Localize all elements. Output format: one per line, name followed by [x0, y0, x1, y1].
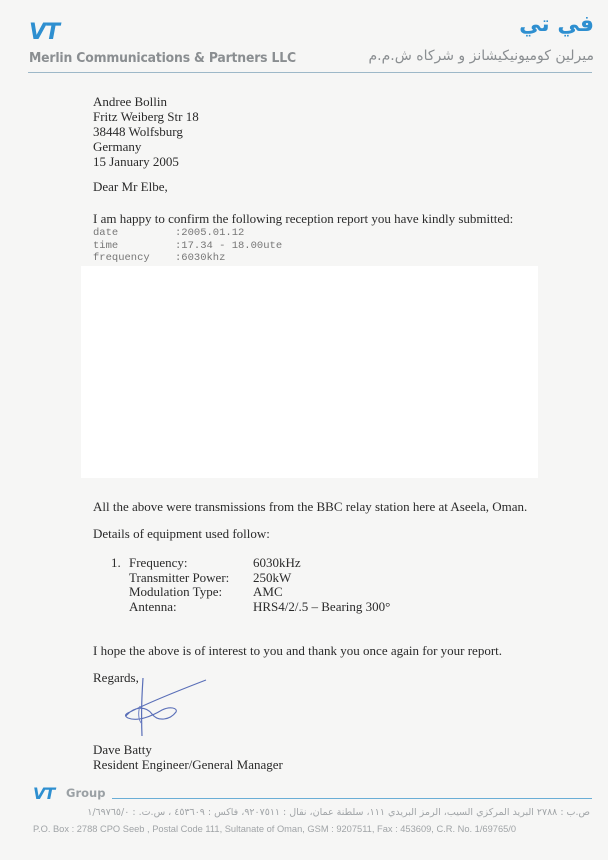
equipment-label: Antenna: — [129, 600, 253, 615]
report-row: frequency :6030khz — [93, 252, 282, 265]
signer-title: Resident Engineer/General Manager — [93, 757, 283, 772]
report-value: :6030khz — [175, 252, 225, 265]
equipment-value: 250kW — [253, 571, 291, 586]
footer-address-arabic: ص.ب : ٢٧٨٨ البريد المركزي السيب، الرمز ا… — [87, 807, 590, 818]
report-value: :2005.01.12 — [175, 227, 244, 240]
equipment-row: Antenna: HRS4/2/.5 – Bearing 300° — [111, 600, 390, 615]
footer-address-english: P.O. Box : 2788 CPO Seeb , Postal Code 1… — [33, 824, 516, 834]
report-row: date :2005.01.12 — [93, 227, 282, 240]
letter-date: 15 January 2005 — [93, 154, 199, 169]
details-intro: Details of equipment used follow: — [93, 526, 270, 541]
header-divider — [28, 72, 592, 73]
equipment-value: AMC — [253, 585, 283, 600]
report-key: frequency — [93, 252, 175, 265]
company-name-english: Merlin Communications & Partners LLC — [29, 50, 296, 66]
footer-group-label: Group — [66, 788, 105, 800]
report-key: time — [93, 240, 175, 253]
equipment-label: Frequency: — [129, 556, 253, 571]
vt-logo-arabic: في تي — [519, 14, 594, 36]
equipment-label: Modulation Type: — [129, 585, 253, 600]
footer-vt-logo: VT — [33, 786, 54, 802]
report-value: :17.34 - 18.00ute — [175, 240, 282, 253]
redacted-area — [81, 266, 538, 478]
footer-divider — [112, 798, 592, 799]
report-key: date — [93, 227, 175, 240]
recipient-address: Andree Bollin Fritz Weiberg Str 18 38448… — [93, 94, 199, 169]
vt-logo: VT — [29, 22, 59, 44]
address-line: Andree Bollin — [93, 94, 199, 109]
equipment-row: Modulation Type: AMC — [111, 585, 390, 600]
closing-paragraph: I hope the above is of interest to you a… — [93, 643, 502, 658]
equipment-list: 1. Frequency: 6030kHz Transmitter Power:… — [111, 556, 390, 614]
equipment-row: 1. Frequency: 6030kHz — [111, 556, 390, 571]
intro-paragraph: I am happy to confirm the following rece… — [93, 211, 513, 226]
signer-name: Dave Batty — [93, 742, 152, 757]
reception-report: date :2005.01.12 time :17.34 - 18.00ute … — [93, 227, 282, 265]
report-row: time :17.34 - 18.00ute — [93, 240, 282, 253]
list-number: 1. — [111, 556, 129, 571]
relay-statement: All the above were transmissions from th… — [93, 499, 527, 514]
equipment-value: HRS4/2/.5 – Bearing 300° — [253, 600, 390, 615]
signature-icon — [120, 676, 210, 738]
equipment-value: 6030kHz — [253, 556, 301, 571]
address-line: 38448 Wolfsburg — [93, 124, 199, 139]
company-name-arabic: ميرلين كوميونيكيشانز و شركاه ش.م.م — [368, 48, 594, 64]
address-line: Fritz Weiberg Str 18 — [93, 109, 199, 124]
address-line: Germany — [93, 139, 199, 154]
equipment-label: Transmitter Power: — [129, 571, 253, 586]
equipment-row: Transmitter Power: 250kW — [111, 571, 390, 586]
salutation: Dear Mr Elbe, — [93, 179, 168, 194]
